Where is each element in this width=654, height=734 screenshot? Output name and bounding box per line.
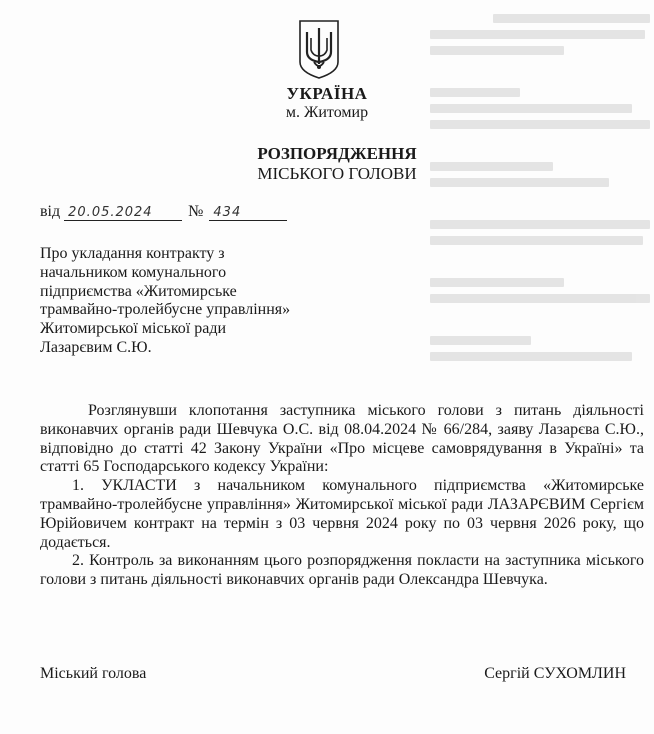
order-item-2: 2. Контроль за виконанням цього розпоряд… [40, 552, 644, 590]
subject-line: начальником комунального [40, 264, 330, 283]
document-subject: Про укладання контракту з начальником ко… [40, 245, 330, 358]
document-body: Розглянувши клопотання заступника місько… [40, 402, 644, 590]
subject-line: підприємства «Житомирське [40, 283, 330, 302]
subject-line: трамвайно-тролейбусне управління» [40, 301, 330, 320]
signatory-position: Міський голова [40, 665, 146, 683]
order-item-1: 1. УКЛАСТИ з начальником комунального пі… [40, 477, 644, 552]
handwritten-number: 434 [209, 205, 287, 221]
number-sign: № [188, 203, 203, 221]
registration-line: від 20.05.2024 № 434 [40, 203, 287, 221]
subject-line: Лазарєвим С.Ю. [40, 339, 330, 358]
subject-line: Про укладання контракту з [40, 245, 330, 264]
city-name: м. Житомир [0, 104, 654, 122]
document-type: РОЗПОРЯДЖЕННЯ [0, 144, 654, 164]
document-issuer: МІСЬКОГО ГОЛОВИ [0, 164, 654, 184]
date-prefix: від [40, 203, 60, 221]
signatory-name: Сергій СУХОМЛИН [484, 665, 626, 683]
document-page: УКРАЇНА м. Житомир РОЗПОРЯДЖЕННЯ МІСЬКОГ… [0, 0, 654, 734]
coat-of-arms-icon [297, 18, 341, 80]
handwritten-date: 20.05.2024 [64, 205, 182, 221]
preamble-paragraph: Розглянувши клопотання заступника місько… [40, 402, 644, 477]
subject-line: Житомирської міської ради [40, 320, 330, 339]
country-name: УКРАЇНА [0, 84, 654, 104]
